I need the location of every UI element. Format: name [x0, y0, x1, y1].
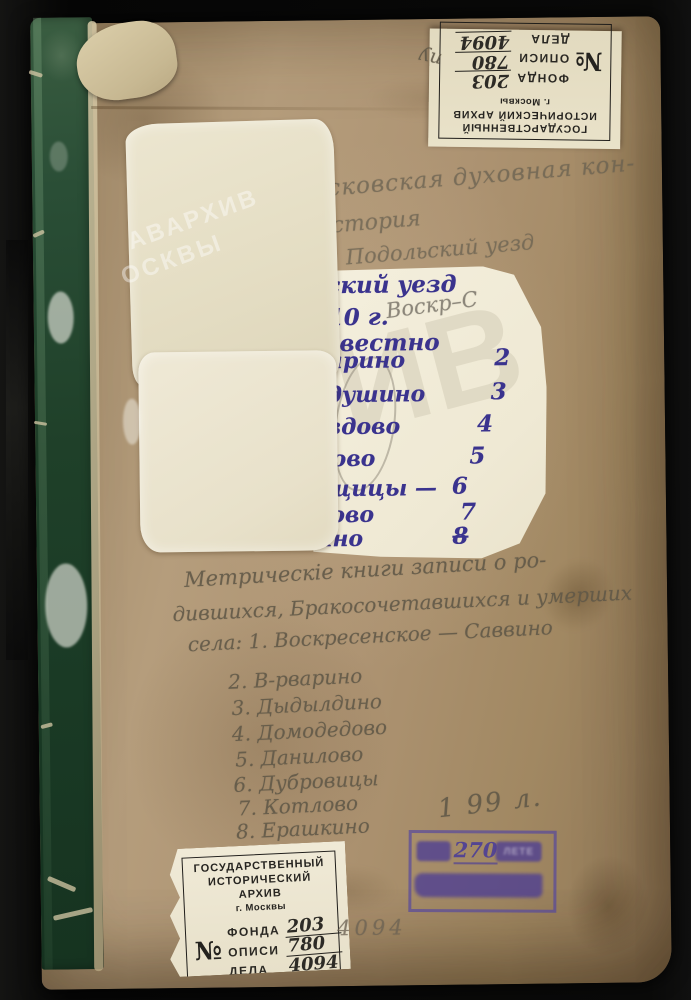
ink-entry-num: 4 — [477, 410, 493, 437]
archive-name-line: ГОСУДАРСТВЕННЫЙ — [445, 120, 603, 135]
pasted-note-paper: ИВ вский уезд 910 г. Воскр–С известно ва… — [305, 266, 549, 561]
pencil-sheets-note: 1 99 л. — [436, 782, 544, 824]
cover-crease — [91, 106, 451, 111]
ink-entry-num: 8 — [452, 523, 468, 550]
backdrop-streak — [6, 240, 28, 660]
archive-name-line: ИСТОРИЧЕСКИЙ АРХИВ — [446, 106, 604, 121]
archival-book-cover-photo: Московская духовная кон- систория Подоль… — [0, 0, 691, 1000]
pencil-delo-number: 4094 — [337, 915, 407, 940]
number-sign: № — [194, 936, 223, 966]
opis-label: ОПИСИ — [228, 942, 287, 959]
stamp-text-fragment: ЛЕТЕ — [504, 847, 535, 858]
delo-value: 4094 — [286, 954, 343, 977]
fond-label: ФОНДА — [511, 70, 569, 85]
archive-city-line: г. Москвы — [446, 94, 604, 108]
opis-label: ОПИСИ — [511, 51, 569, 66]
ink-entry-num: 2 — [494, 344, 510, 371]
archive-label-bottom: ГОСУДАРСТВЕННЫЙ ИСТОРИЧЕСКИЙ АРХИВ г. Мо… — [165, 841, 351, 977]
number-sign: № — [575, 47, 603, 76]
opis-value: 780 — [455, 50, 511, 69]
ink-entry-num: 6 — [452, 473, 468, 500]
ink-entry-num: 5 — [469, 442, 485, 469]
delo-label: ДЕЛА — [229, 962, 288, 979]
pencil-village-entry: 8. Ерашкино — [235, 813, 370, 843]
delo-label: ДЕЛА — [511, 32, 569, 47]
top-pencil-block: Московская духовная кон- систория Подоль… — [287, 150, 642, 273]
spine-paint-mark — [47, 291, 74, 343]
fond-label: ФОНДА — [227, 923, 286, 940]
delo-value: 4094 — [455, 31, 511, 50]
stamp-smudge: ЛЕТЕ — [496, 841, 542, 861]
pencil-scribble-top: пу — [417, 45, 444, 71]
stamp-smudge-bar — [414, 873, 542, 898]
ink-entry-num: 3 — [490, 378, 506, 405]
stamp-number: 270 — [454, 837, 498, 864]
archive-label-top: ГОСУДАРСТВЕННЫЙ ИСТОРИЧЕСКИЙ АРХИВ г. Мо… — [428, 29, 622, 150]
spine-paint-smudge — [45, 563, 88, 648]
torn-paper-patch-bottom — [138, 350, 338, 552]
torn-paper-bit — [123, 399, 142, 445]
pencil-village-entry: 2. В-рварино — [228, 664, 363, 694]
violet-ink-stamp: 270 ЛЕТЕ — [408, 830, 556, 913]
book-cover: Московская духовная кон- систория Подоль… — [30, 16, 672, 990]
spine-wear-spot — [50, 141, 68, 171]
stamp-smudge — [417, 841, 451, 861]
pencil-village-entry: 4. Домодедово — [231, 715, 387, 746]
